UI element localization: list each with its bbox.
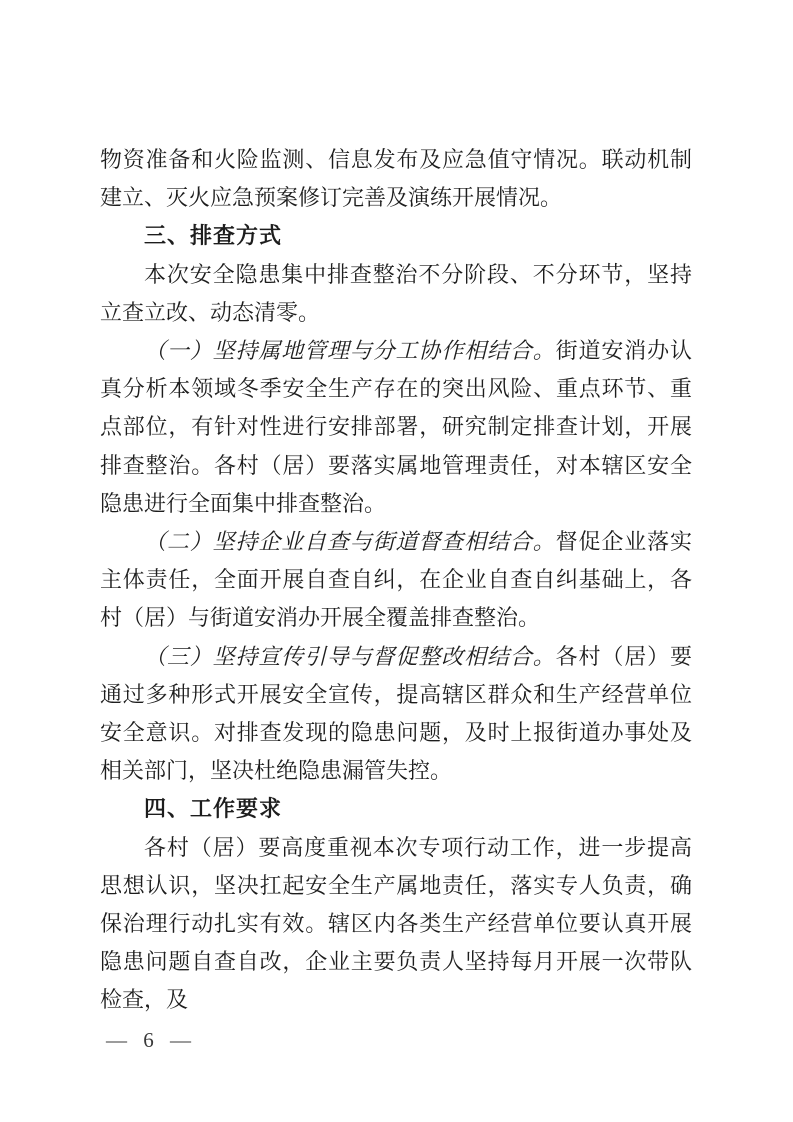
section-heading-3: 三、排查方式 [100,217,692,255]
paragraph: 各村（居）要高度重视本次专项行动工作，进一步提高思想认识，坚决扛起安全生产属地责… [100,829,692,1020]
paragraph-item-2: （二）坚持企业自查与街道督查相结合。督促企业落实主体责任，全面开展自查自纠，在企… [100,523,692,638]
paragraph-item-1: （一）坚持属地管理与分工协作相结合。街道安消办认真分析本领域冬季安全生产存在的突… [100,332,692,523]
document-page: 物资准备和火险监测、信息发布及应急值守情况。联动机制建立、灭火应急预案修订完善及… [0,0,793,1122]
paragraph-item-3: （三）坚持宣传引导与督促整改相结合。各村（居）要通过多种形式开展安全宣传，提高辖… [100,638,692,791]
paragraph-continuation: 物资准备和火险监测、信息发布及应急值守情况。联动机制建立、灭火应急预案修订完善及… [100,141,692,217]
paragraph-item-3-lead: （三）坚持宣传引导与督促整改相结合。 [144,644,556,669]
paragraph: 本次安全隐患集中排查整治不分阶段、不分环节，坚持立查立改、动态清零。 [100,256,692,332]
page-number: — 6 — [106,1028,192,1053]
paragraph-item-2-lead: （二）坚持企业自查与街道督查相结合。 [144,529,556,554]
section-heading-4: 四、工作要求 [100,790,692,828]
document-body: 物资准备和火险监测、信息发布及应急值守情况。联动机制建立、灭火应急预案修订完善及… [100,141,692,1020]
paragraph-item-1-lead: （一）坚持属地管理与分工协作相结合。 [144,338,556,363]
paragraph-item-1-text: 街道安消办认真分析本领域冬季安全生产存在的突出风险、重点环节、重点部位，有针对性… [100,338,692,516]
